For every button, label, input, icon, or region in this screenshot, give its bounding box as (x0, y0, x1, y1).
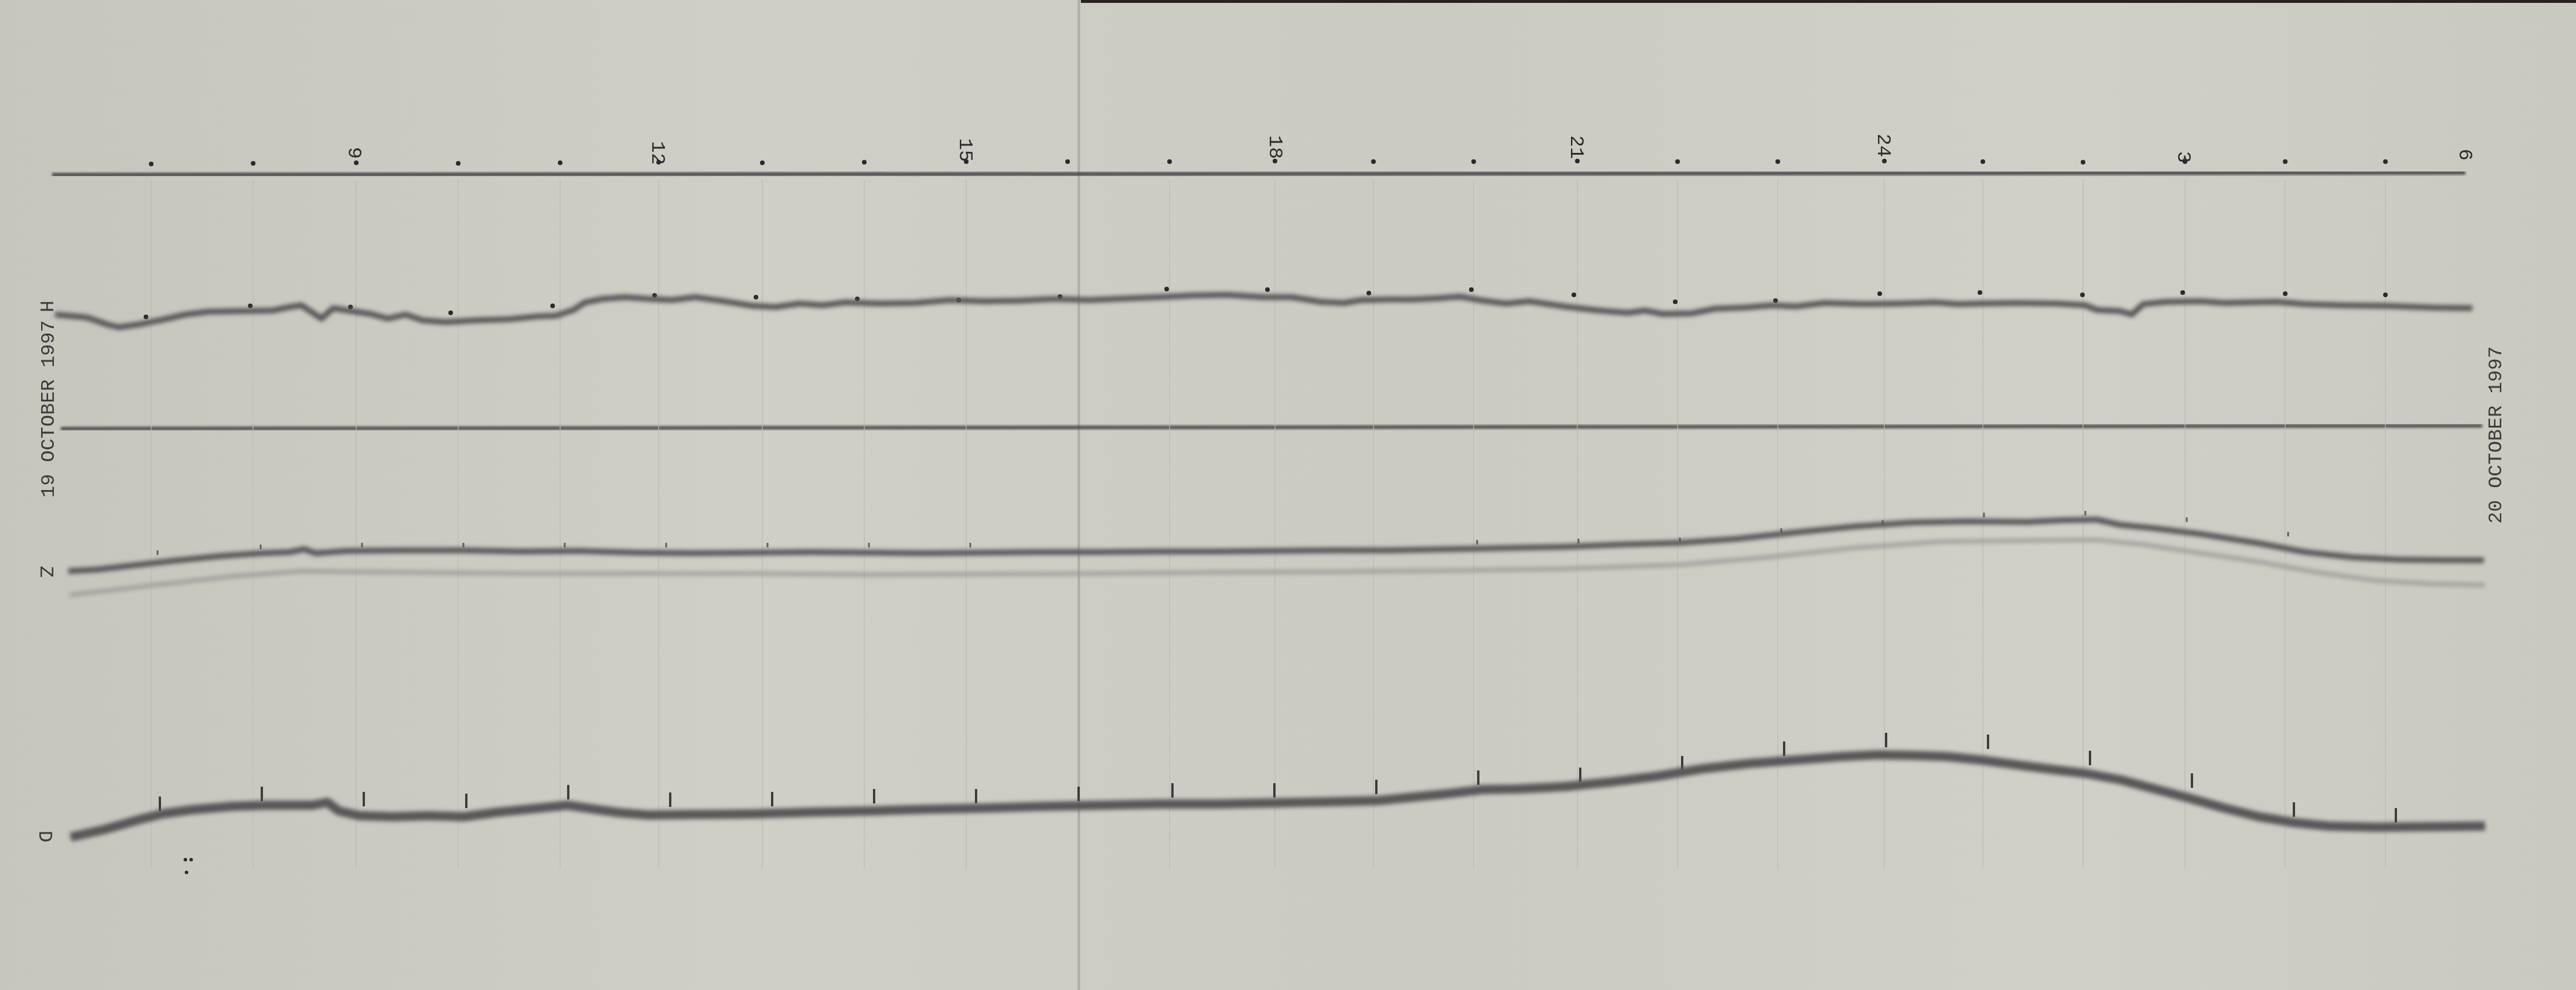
start-date-label: 19 OCTOBER 1997 (38, 324, 60, 498)
h-trace (55, 295, 2472, 327)
end-date-label: 20 OCTOBER 1997 (2486, 350, 2508, 524)
stray-ink-marks (184, 858, 193, 874)
x-tick-label-12: 12 (646, 141, 668, 165)
hourly-tick-dots (149, 159, 2388, 166)
component-label-h: H (34, 301, 56, 312)
x-tick-label-6: 6 (2453, 149, 2475, 160)
z-trace (68, 520, 2484, 571)
x-tick-label-18: 18 (1263, 136, 1285, 159)
x-tick-label-15: 15 (953, 138, 975, 162)
magnetogram-plot (0, 0, 2576, 990)
x-tick-label-21: 21 (1565, 136, 1587, 159)
component-label-d: D (33, 831, 55, 842)
x-tick-label-24: 24 (1872, 134, 1894, 158)
x-tick-label-3: 3 (2172, 151, 2194, 163)
x-tick-label-9: 9 (342, 147, 364, 159)
component-label-z: Z (34, 566, 56, 578)
time-axis-baseline (52, 173, 2465, 175)
d-trace (71, 755, 2485, 837)
magnetogram-sheet: 9 12 15 18 21 24 3 6 H Z D 19 OCTOBER 19… (0, 0, 2576, 990)
separator-line-1 (61, 426, 2482, 429)
